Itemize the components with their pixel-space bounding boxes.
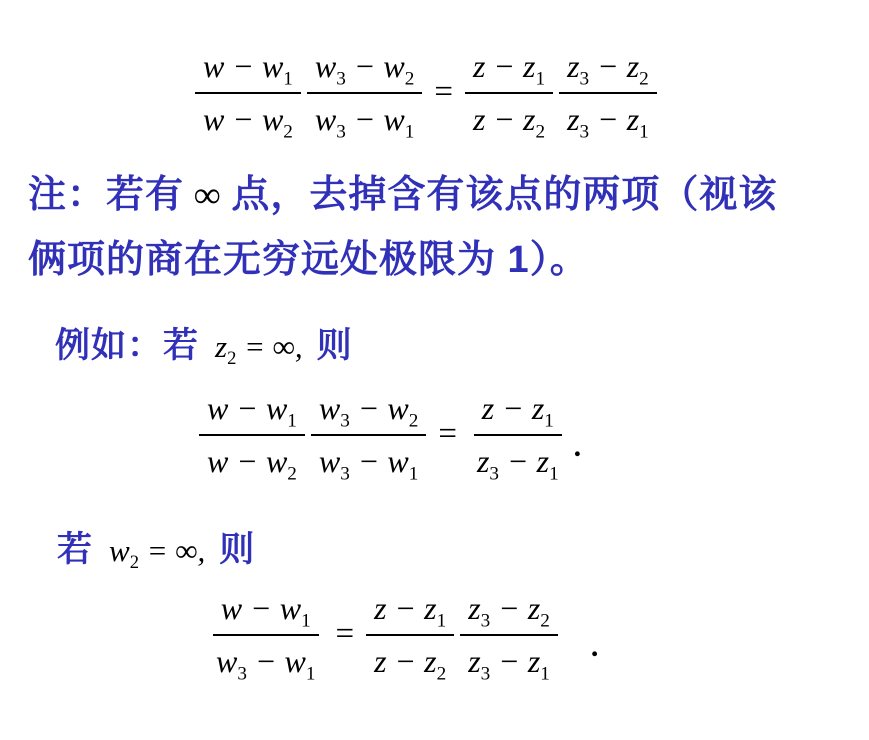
period: . — [574, 430, 582, 464]
example1-condition-line: 例如：若 z2 = ∞, 则 — [55, 318, 353, 368]
fraction-numerator: z − z1 — [474, 388, 562, 436]
fraction-denominator: z − z2 — [366, 636, 454, 682]
fraction-numerator: w − w1 — [195, 46, 301, 94]
fraction-numerator: w3 − w2 — [311, 388, 426, 436]
slide-page: w − w1 w − w2 w3 − w2 w3 − w1 = z − z1 z… — [0, 0, 869, 740]
example2-label-pre: 若 — [57, 522, 93, 572]
fraction-numerator: w − w1 — [199, 388, 305, 436]
infinity-symbol: ∞ — [194, 175, 221, 216]
fraction-numerator: z3 − z2 — [460, 588, 558, 636]
fraction-denominator: w3 − w1 — [307, 94, 422, 140]
fraction: z − z1 z − z2 — [465, 46, 553, 140]
equals-sign: = — [438, 416, 457, 455]
example2-formula: w − w1 w3 − w1 = z − z1 z − z2 z3 − z2 z… — [205, 588, 598, 682]
fraction: w3 − w2 w3 − w1 — [307, 46, 422, 140]
example1-label-post: 则 — [317, 318, 353, 368]
example2-label-post: 则 — [219, 522, 255, 572]
fraction-denominator: z3 − z1 — [469, 436, 567, 482]
period: . — [591, 630, 599, 664]
fraction: z − z1 z − z2 — [366, 588, 454, 682]
fraction-numerator: z − z1 — [366, 588, 454, 636]
example1-label-pre: 例如：若 — [55, 318, 199, 368]
example2-condition-line: 若 w2 = ∞, 则 — [57, 522, 255, 572]
fraction: z3 − z2 z3 − z1 — [460, 588, 558, 682]
fraction: w − w1 w − w2 — [195, 46, 301, 140]
note-line-2: 俩项的商在无穷远处极限为 1）。 — [28, 228, 848, 292]
note-text: 注：若有∞点，去掉含有该点的两项（视该 俩项的商在无穷远处极限为 1）。 — [28, 163, 848, 292]
fraction-numerator: w3 − w2 — [307, 46, 422, 94]
fraction-denominator: z3 − z1 — [460, 636, 558, 682]
fraction-denominator: w − w2 — [199, 436, 305, 482]
note-line1-post: 点，去掉含有该点的两项（视该 — [231, 174, 777, 216]
fraction-denominator: z − z2 — [465, 94, 553, 140]
fraction: w − w1 w − w2 — [199, 388, 305, 482]
note-line-1: 注：若有∞点，去掉含有该点的两项（视该 — [28, 163, 848, 228]
fraction-numerator: z − z1 — [465, 46, 553, 94]
fraction: w3 − w2 w3 − w1 — [311, 388, 426, 482]
example2-condition: w2 = ∞, — [109, 533, 205, 569]
fraction: z3 − z2 z3 − z1 — [559, 46, 657, 140]
note-line1-pre: 注：若有 — [28, 174, 184, 216]
example1-formula: w − w1 w − w2 w3 − w2 w3 − w1 = z − z1 z… — [196, 388, 581, 482]
fraction-denominator: w3 − w1 — [311, 436, 426, 482]
equals-sign: = — [335, 616, 354, 655]
fraction-denominator: z3 − z1 — [559, 94, 657, 140]
equals-sign: = — [434, 74, 453, 113]
fraction-denominator: w − w2 — [195, 94, 301, 140]
fraction: z − z1 z3 − z1 — [469, 388, 567, 482]
main-cross-ratio-formula: w − w1 w − w2 w3 − w2 w3 − w1 = z − z1 z… — [192, 46, 660, 140]
fraction-numerator: w − w1 — [213, 588, 319, 636]
fraction-numerator: z3 − z2 — [559, 46, 657, 94]
fraction-denominator: w3 − w1 — [208, 636, 323, 682]
fraction: w − w1 w3 − w1 — [208, 588, 323, 682]
example1-condition: z2 = ∞, — [215, 329, 303, 365]
